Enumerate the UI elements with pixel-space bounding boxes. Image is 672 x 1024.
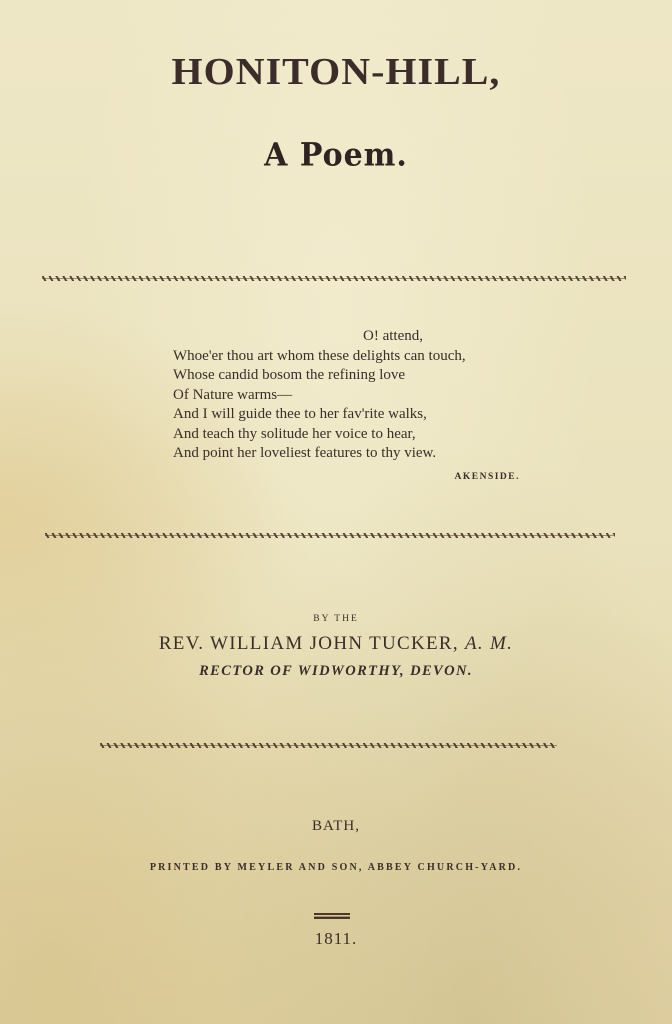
byline: BY THE bbox=[0, 614, 672, 624]
epigraph-line: Whoe'er thou art whom these delights can… bbox=[173, 347, 533, 367]
imprint-year: 1811. bbox=[0, 929, 672, 949]
author-degree: A. M. bbox=[465, 633, 513, 654]
epigraph-line: Whose candid bosom the refining love bbox=[173, 366, 533, 386]
epigraph-line: And I will guide thee to her fav'rite wa… bbox=[173, 405, 533, 425]
double-rule-divider bbox=[314, 913, 350, 919]
book-title: HONITON-HILL, bbox=[0, 50, 672, 94]
ornamental-rule-top bbox=[42, 276, 626, 281]
epigraph-line: O! attend, bbox=[173, 327, 533, 347]
author-line: REV. WILLIAM JOHN TUCKER, A. M. bbox=[0, 633, 672, 655]
author-name: REV. WILLIAM JOHN TUCKER, bbox=[159, 633, 459, 654]
epigraph: O! attend, Whoe'er thou art whom these d… bbox=[173, 327, 533, 464]
ornamental-rule-middle bbox=[45, 533, 615, 538]
title-page: HONITON-HILL, A Poem. O! attend, Whoe'er… bbox=[0, 0, 672, 1024]
imprint-printer: PRINTED BY MEYLER AND SON, ABBEY CHURCH-… bbox=[0, 862, 672, 873]
imprint-place: BATH, bbox=[0, 818, 672, 835]
epigraph-line: Of Nature warms— bbox=[173, 386, 533, 406]
ornamental-rule-bottom bbox=[100, 743, 557, 748]
epigraph-line: And teach thy solitude her voice to hear… bbox=[173, 425, 533, 445]
epigraph-attribution: AKENSIDE. bbox=[430, 472, 520, 482]
book-subtitle: A Poem. bbox=[0, 137, 672, 174]
author-position: RECTOR OF WIDWORTHY, DEVON. bbox=[0, 663, 672, 680]
epigraph-line: And point her loveliest features to thy … bbox=[173, 444, 533, 464]
